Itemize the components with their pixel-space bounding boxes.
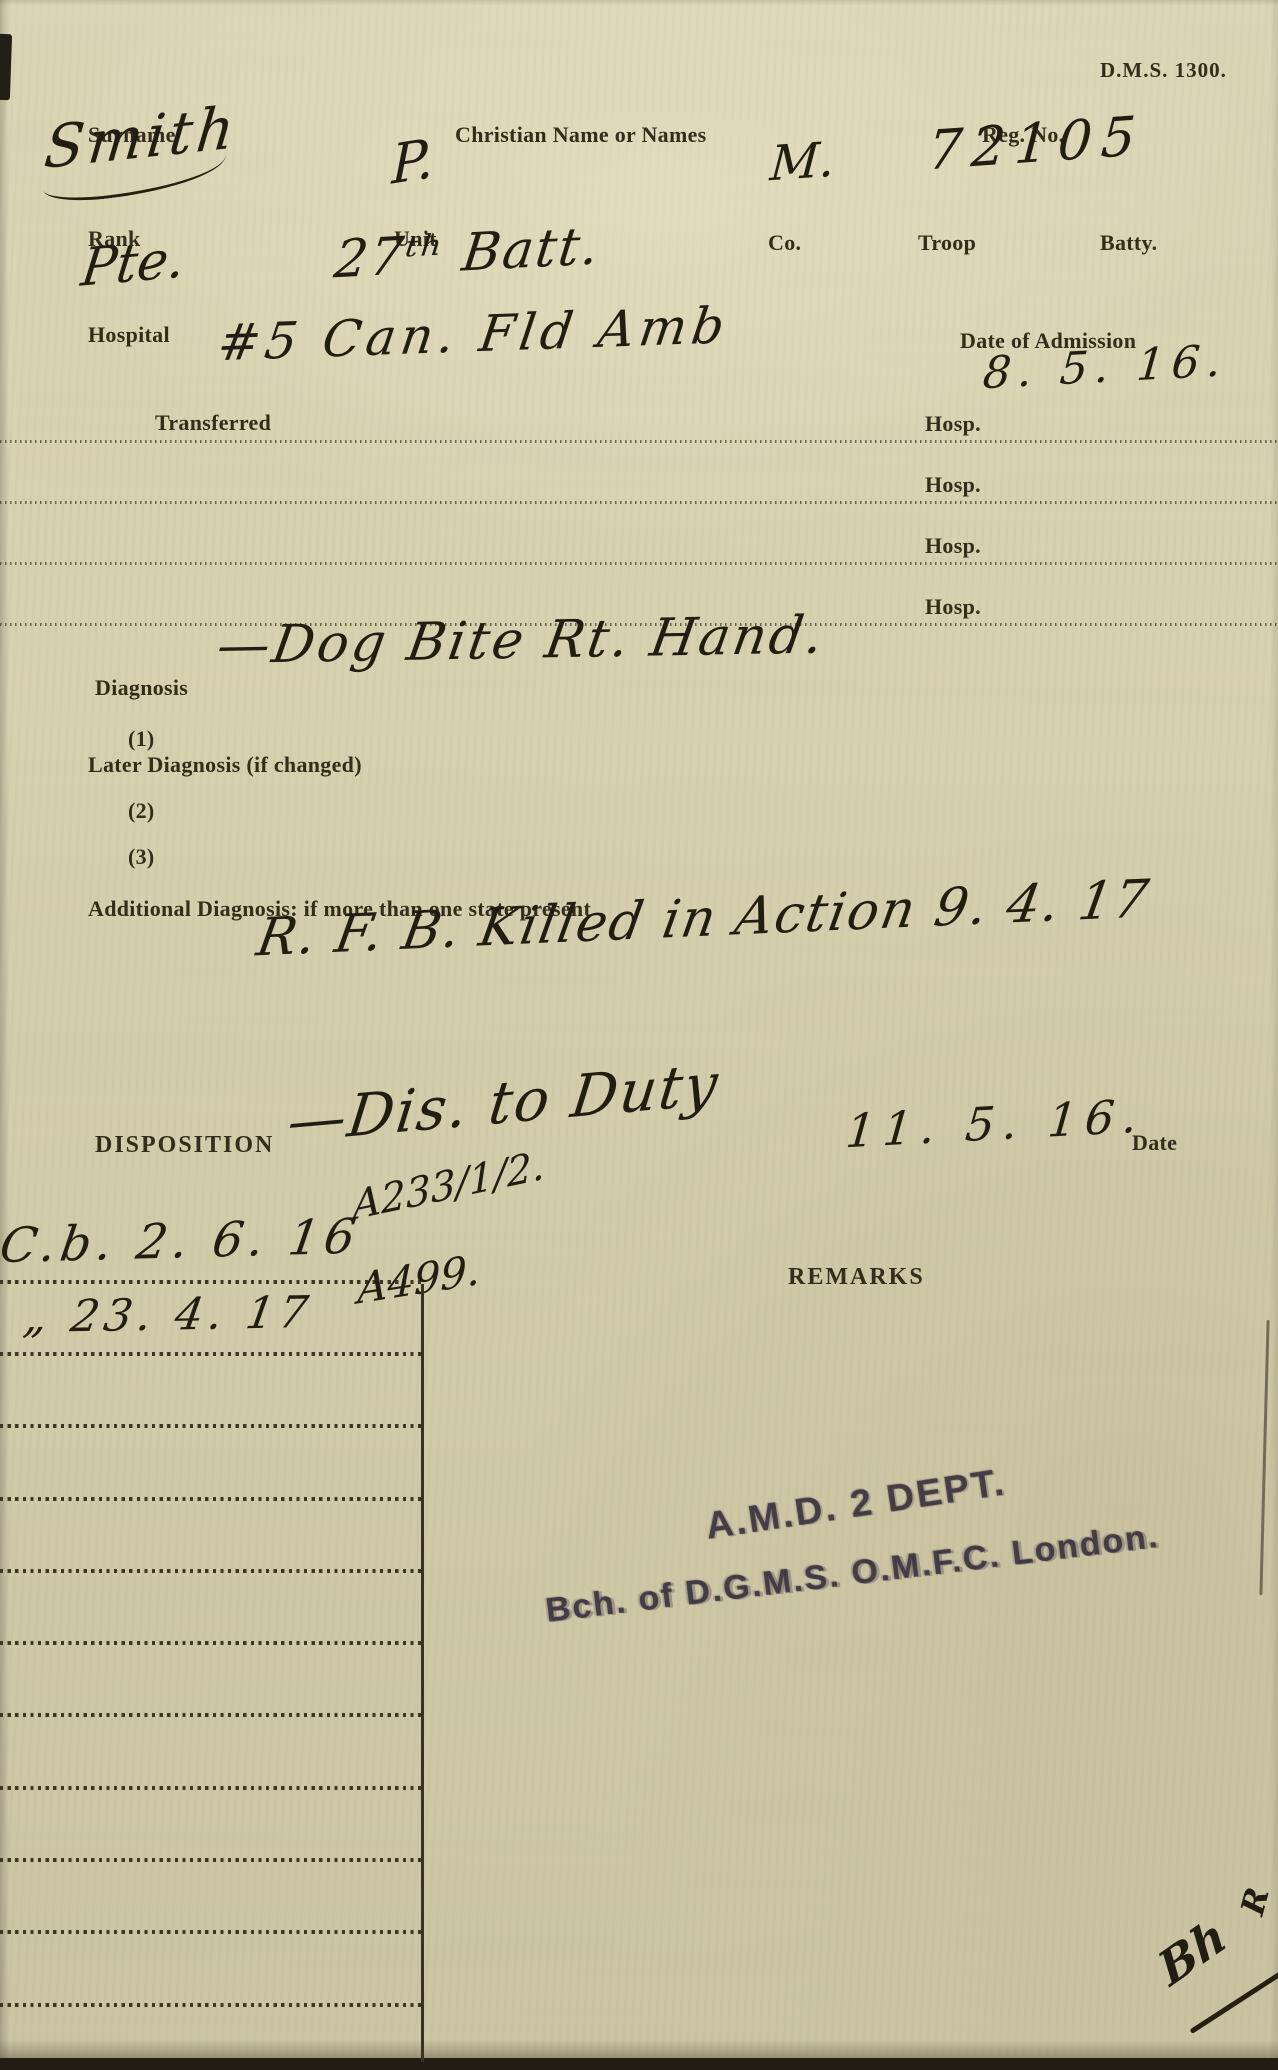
troop-label: Troop [918, 230, 976, 256]
middle-initial-value: M. [769, 136, 837, 189]
ledger-rule-2 [0, 1352, 421, 1356]
bottom-scan-bar [0, 2058, 1278, 2070]
medical-case-card: D.M.S. 1300. Surname Christian Name or N… [0, 0, 1278, 2070]
co-label: Co. [768, 230, 801, 256]
disposition-label: DISPOSITION [95, 1132, 274, 1159]
remarks-label: REMARKS [788, 1264, 925, 1291]
branch-dgms-omfc-stamp: Bch. of D.G.M.S. O.M.F.C. London. [544, 1517, 1162, 1631]
additional-diagnosis-value: R. F. B. Killed in Action 9. 4. 17 [253, 873, 1153, 964]
ledger-line2-ref: A499. [357, 1249, 480, 1311]
diagnosis-label: Diagnosis [95, 675, 188, 701]
ledger-rule-7 [0, 1713, 421, 1717]
hospital-value: #5 Can. Fld Amb [215, 300, 733, 368]
later-diagnosis-item3: (3) [128, 844, 155, 870]
top-left-ink-mark [0, 34, 12, 100]
ledger-rule-6 [0, 1641, 421, 1645]
amd-dept-stamp: A.M.D. 2 DEPT. [703, 1461, 1009, 1548]
later-diagnosis-item1: (1) [128, 726, 155, 752]
transfer-line-2 [0, 501, 1278, 504]
ledger-rule-3 [0, 1424, 421, 1428]
ledger-vertical-rule [421, 1284, 424, 2062]
christian-name-label: Christian Name or Names [455, 122, 707, 148]
ledger-rule-10 [0, 1930, 421, 1934]
form-code: D.M.S. 1300. [1100, 58, 1227, 83]
ledger-rule-9 [0, 1858, 421, 1862]
bottom-shadow [0, 2040, 1278, 2058]
corner-initials-top: R [1236, 1884, 1274, 1918]
hospital-label: Hospital [88, 322, 170, 348]
top-edge-shadow [0, 0, 1278, 6]
batty-label: Batty. [1100, 230, 1157, 256]
disposition-value: —Dis. to Duty [285, 1054, 723, 1151]
transfer-line-3 [0, 562, 1278, 565]
right-edge-shadow [1270, 0, 1278, 2070]
disposition-date-label: Date [1132, 1130, 1177, 1156]
ledger-rule-8 [0, 1786, 421, 1790]
rank-value: Pte. [79, 233, 188, 295]
transferred-label: Transferred [155, 410, 271, 436]
left-edge-shadow [0, 0, 9, 2070]
disposition-date-value: 11. 5. 16. [844, 1092, 1147, 1154]
right-margin-scratch [1259, 1320, 1269, 1595]
diagnosis-value: —Dog Bite Rt. Hand. [214, 609, 830, 672]
hosp-label-3: Hosp. [925, 533, 981, 559]
corner-initials-swash [1189, 1971, 1278, 2034]
admission-value: 8. 5. 16. [981, 339, 1229, 396]
unit-value: 27ᵗʰ Batt. [332, 220, 604, 286]
ledger-line2-value: „ 23. 4. 17 [21, 1291, 316, 1340]
later-diagnosis-label: Later Diagnosis (if changed) [88, 752, 362, 778]
corner-initials-main: Bh [1152, 1911, 1232, 1994]
hosp-label-4: Hosp. [925, 594, 981, 620]
ledger-rule-5 [0, 1569, 421, 1573]
christian-name-value: P. [391, 131, 434, 192]
hosp-label-1: Hosp. [925, 411, 981, 437]
ledger-line1-value: C.b. 2. 6. 16 [0, 1213, 364, 1271]
reg-no-value: 72105 [926, 109, 1146, 179]
ledger-rule-4 [0, 1497, 421, 1501]
later-diagnosis-item2: (2) [128, 798, 155, 824]
transfer-line-1 [0, 440, 1278, 443]
ledger-line1-ref: A233/1/2. [352, 1145, 545, 1226]
hosp-label-2: Hosp. [925, 472, 981, 498]
ledger-rule-11 [0, 2003, 421, 2007]
